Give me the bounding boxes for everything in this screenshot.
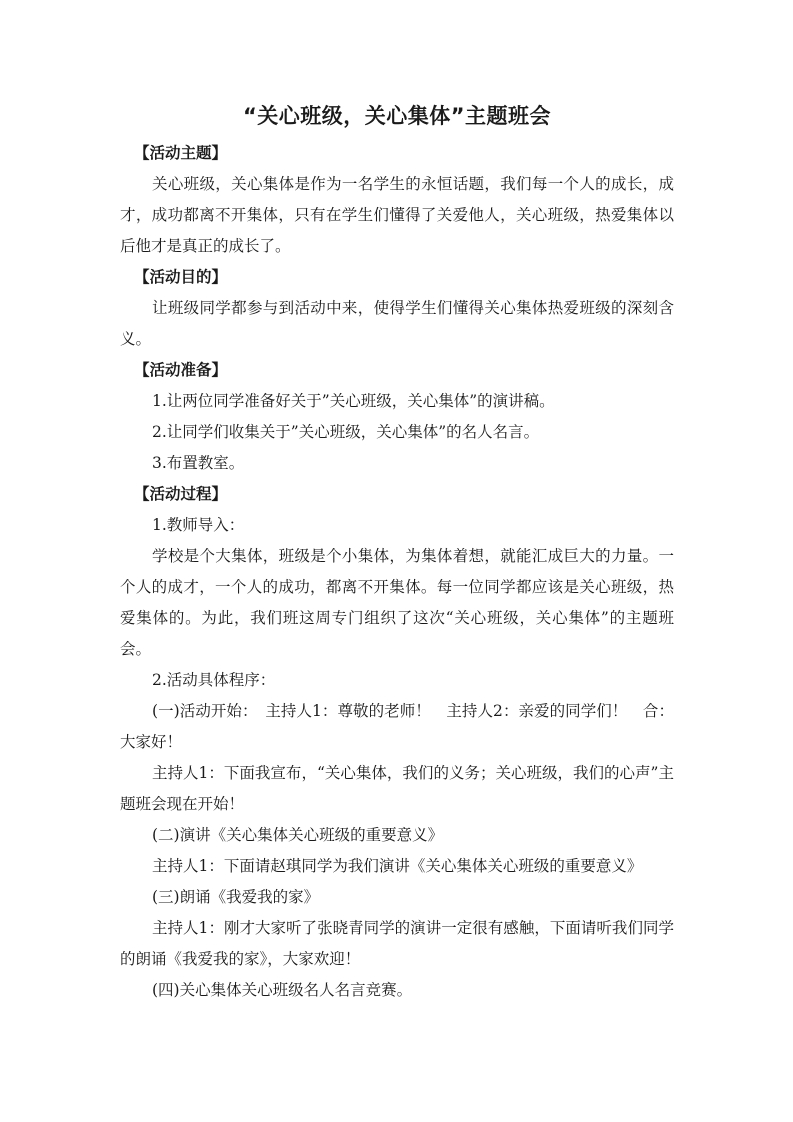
program-paragraph: 主持人1：刚才大家听了张晓青同学的演讲一定很有感触，下面请听我们同学的朗诵《我爱… xyxy=(120,913,674,975)
preparation-item: 2.让同学们收集关于”关心班级，关心集体”的名人名言。 xyxy=(120,417,674,448)
preparation-item: 1.让两位同学准备好关于”关心班级，关心集体”的演讲稿。 xyxy=(120,386,674,417)
program-paragraph: (二)演讲《关心集体关心班级的重要意义》 xyxy=(120,820,674,851)
program-paragraph: (四)关心集体关心班级名人名言竞赛。 xyxy=(120,975,674,1006)
process-step-label: 2.活动具体程序： xyxy=(120,665,674,696)
program-paragraph: (一)活动开始： 主持人1：尊敬的老师！ 主持人2：亲爱的同学们！ 合：大家好！ xyxy=(120,696,674,758)
section-heading-theme: 【活动主题】 xyxy=(120,138,674,169)
preparation-item: 3.布置教室。 xyxy=(120,448,674,479)
section-heading-preparation: 【活动准备】 xyxy=(120,355,674,386)
section-heading-process: 【活动过程】 xyxy=(120,479,674,510)
program-paragraph: 主持人1：下面我宣布，“关心集体，我们的义务；关心班级，我们的心声”主题班会现在… xyxy=(120,758,674,820)
teacher-intro-paragraph: 学校是个大集体，班级是个小集体，为集体着想，就能汇成巨大的力量。一个人的成才，一… xyxy=(120,541,674,665)
section-heading-purpose: 【活动目的】 xyxy=(120,262,674,293)
purpose-paragraph: 让班级同学都参与到活动中来，使得学生们懂得关心集体热爱班级的深刻含义。 xyxy=(120,293,674,355)
program-paragraph: (三)朗诵《我爱我的家》 xyxy=(120,882,674,913)
document-page: “关心班级，关心集体”主题班会 【活动主题】 关心班级，关心集体是作为一名学生的… xyxy=(120,98,674,1006)
document-title: “关心班级，关心集体”主题班会 xyxy=(120,98,674,134)
program-paragraph: 主持人1：下面请赵琪同学为我们演讲《关心集体关心班级的重要意义》 xyxy=(120,851,674,882)
process-step-label: 1.教师导入： xyxy=(120,510,674,541)
theme-paragraph: 关心班级，关心集体是作为一名学生的永恒话题，我们每一个人的成长，成才，成功都离不… xyxy=(120,169,674,262)
